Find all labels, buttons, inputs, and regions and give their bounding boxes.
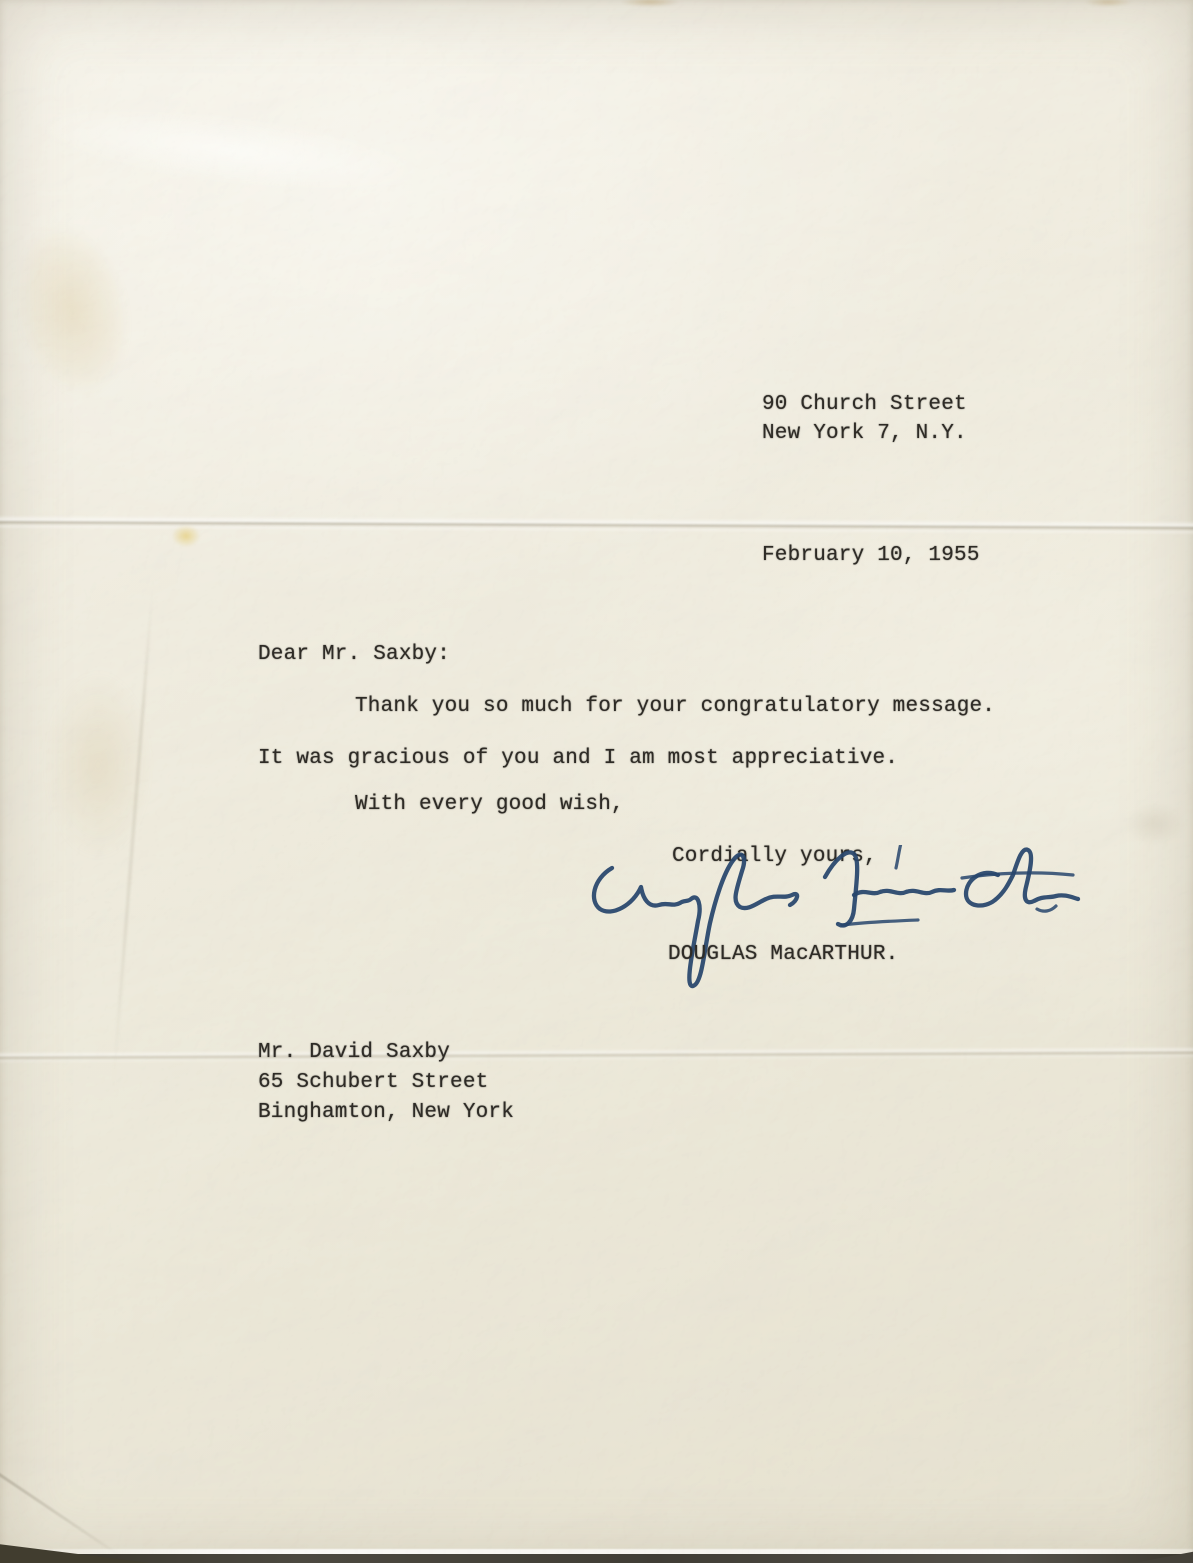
salutation: Dear Mr. Saxby: bbox=[258, 640, 450, 669]
paper-texture-fine bbox=[0, 0, 1193, 1563]
paper-bottom-edge-highlight bbox=[0, 1549, 1193, 1555]
fold-crease-lower bbox=[0, 1046, 1193, 1063]
diagonal-crease-corner bbox=[0, 1468, 134, 1563]
paper-ridge-highlight bbox=[0, 74, 494, 227]
recipient-address-line-3: Binghamton, New York bbox=[258, 1101, 514, 1124]
closing-line: Cordially yours, bbox=[672, 842, 877, 871]
recipient-address-line-2: 65 Schubert Street bbox=[258, 1071, 488, 1094]
paper-stain bbox=[168, 522, 204, 550]
paper-stain bbox=[615, 0, 685, 8]
fold-crease-upper bbox=[0, 515, 1193, 535]
typed-signature-name: DOUGLAS MacARTHUR. bbox=[668, 940, 898, 969]
paper-stain bbox=[28, 640, 168, 890]
paper-stain bbox=[1118, 798, 1192, 850]
paper-stain bbox=[1080, 0, 1136, 8]
recipient-address: Mr. David Saxby65 Schubert StreetBingham… bbox=[258, 1038, 514, 1128]
sender-address-line-2: New York 7, N.Y. bbox=[762, 422, 967, 445]
letter-date: February 10, 1955 bbox=[762, 541, 980, 570]
paper-stain bbox=[0, 188, 163, 432]
scan-corner-shadow-left bbox=[0, 1541, 150, 1563]
sender-address: 90 Church StreetNew York 7, N.Y. bbox=[762, 390, 967, 448]
scan-bottom-strip bbox=[0, 1554, 1193, 1563]
body-line: It was gracious of you and I am most app… bbox=[258, 744, 898, 773]
paper-texture-coarse bbox=[0, 0, 1193, 1563]
letter-scan-page: 90 Church StreetNew York 7, N.Y. Februar… bbox=[0, 0, 1193, 1563]
scan-corner-shadow-right bbox=[1133, 1549, 1193, 1563]
diagonal-crease-left bbox=[111, 575, 155, 1094]
sender-address-line-1: 90 Church Street bbox=[762, 393, 967, 416]
body-line: With every good wish, bbox=[355, 790, 624, 819]
recipient-address-line-1: Mr. David Saxby bbox=[258, 1041, 450, 1064]
body-line: Thank you so much for your congratulator… bbox=[355, 692, 995, 721]
